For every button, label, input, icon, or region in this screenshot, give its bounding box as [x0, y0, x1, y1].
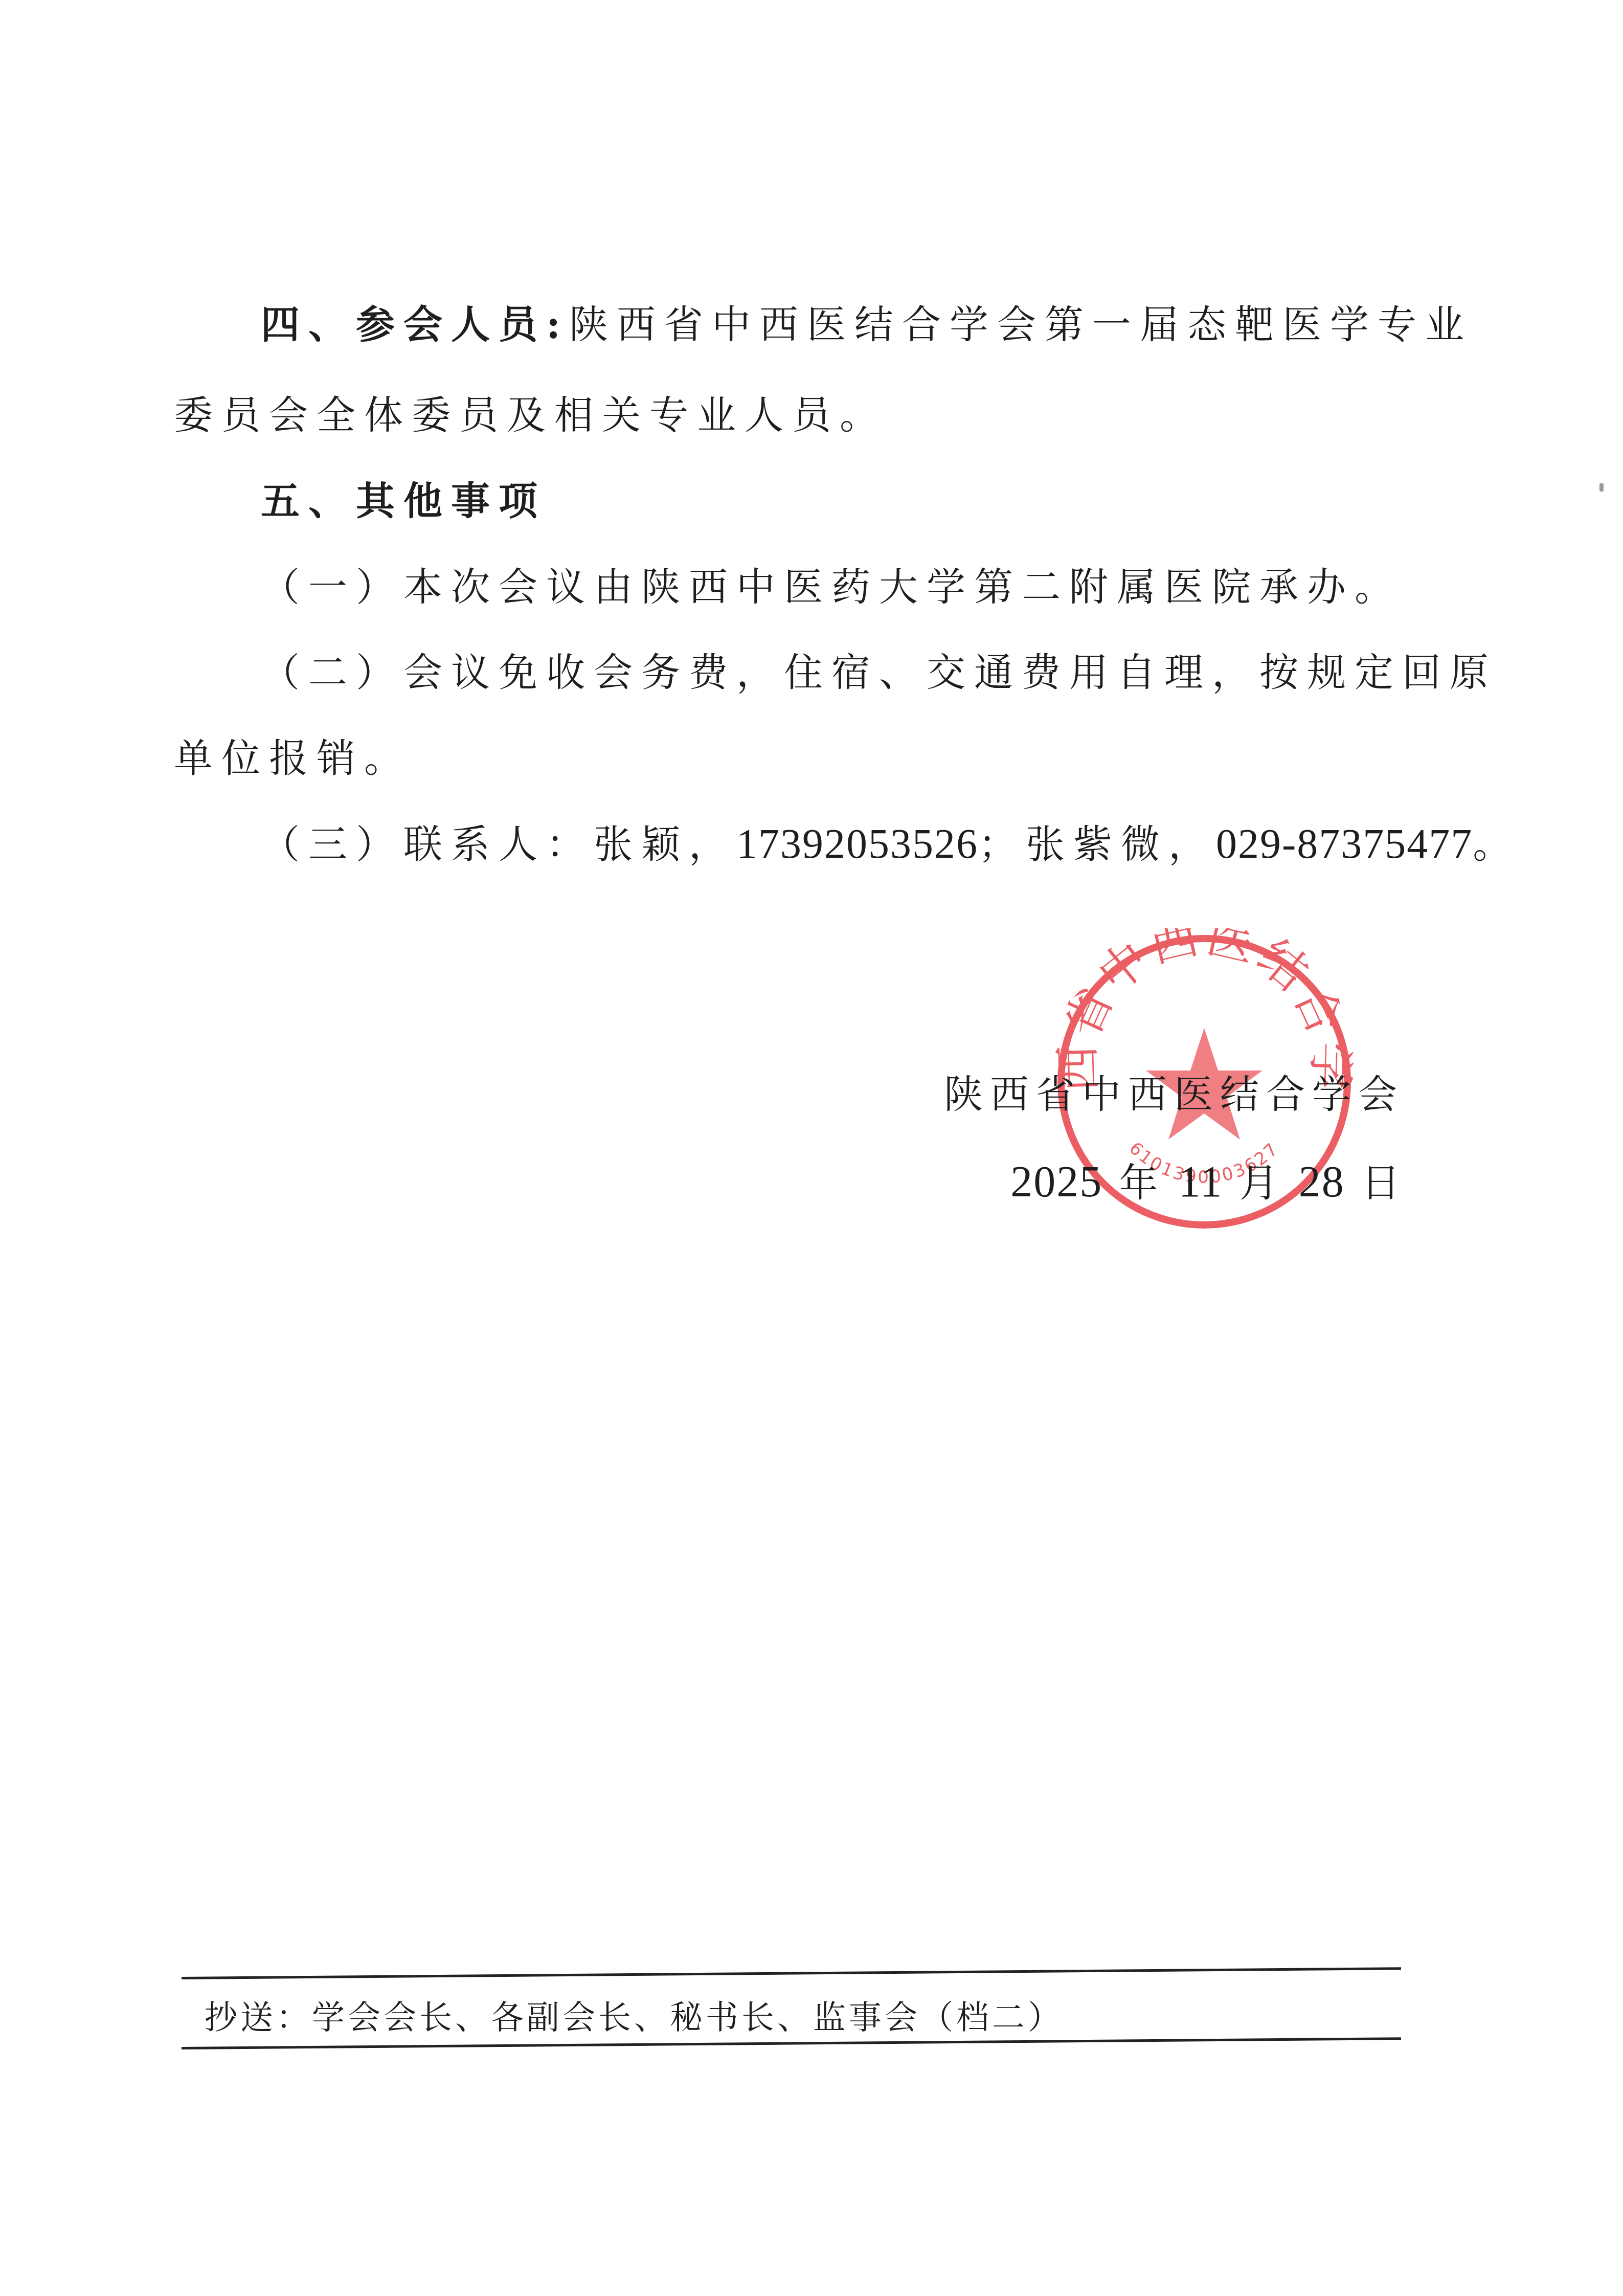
date-year-unit: 年: [1102, 1160, 1178, 1206]
date-year: 2025: [1010, 1157, 1102, 1206]
contact-phone-2: 029-87375477: [1216, 820, 1473, 867]
contact-separator: ；张紫微，: [978, 821, 1216, 867]
section4-heading: 四、参会人员:: [261, 302, 569, 347]
section5-item2-line2: 单位报销。: [174, 733, 412, 784]
cc-distribution-line: 抄送：学会会长、各副会长、秘书长、监事会（档二）: [205, 1997, 1064, 2038]
contact-phone-1: 17392053526: [736, 820, 978, 867]
section5-item2-line1: （二）会议免收会务费，住宿、交通费用自理，按规定回原: [261, 647, 1497, 698]
section5-item3-contacts: （三）联系人：张颖，17392053526；张紫微，029-87375477。: [261, 818, 1520, 870]
section4-text: 陕西省中西医结合学会第一届态靶医学专业: [569, 302, 1473, 347]
signature-organization: 陕西省中西医结合学会: [944, 1069, 1404, 1120]
cc-bottom-divider: [182, 2037, 1401, 2049]
contact-end: 。: [1473, 821, 1520, 867]
date-month-unit: 月: [1223, 1160, 1299, 1206]
cc-top-divider: [182, 1967, 1401, 1979]
scan-speck: [1599, 483, 1604, 492]
date-month: 11: [1179, 1157, 1223, 1206]
date-day: 28: [1299, 1157, 1345, 1206]
signature-date: 2025 年 11 月 28 日: [1010, 1156, 1404, 1209]
date-day-unit: 日: [1345, 1160, 1404, 1206]
document-page: 四、参会人员:陕西省中西医结合学会第一届态靶医学专业 委员会全体委员及相关专业人…: [0, 0, 1623, 2296]
section5-item1: （一）本次会议由陕西中医药大学第二附属医院承办。: [261, 562, 1402, 613]
section4-line1: 四、参会人员:陕西省中西医结合学会第一届态靶医学专业: [261, 299, 1473, 350]
section4-line2: 委员会全体委员及相关专业人员。: [174, 390, 887, 441]
contact-prefix: （三）联系人：张颖，: [261, 821, 736, 867]
section5-heading: 五、其他事项: [261, 476, 546, 527]
